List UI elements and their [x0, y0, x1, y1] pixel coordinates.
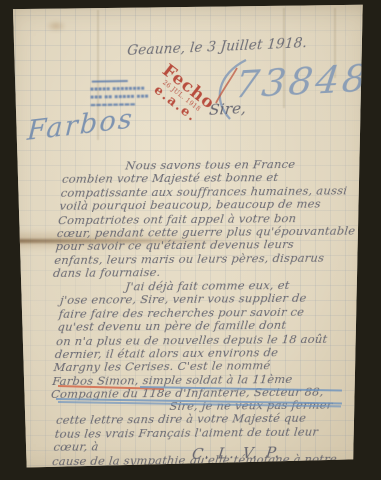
letter-paper: Geaune, le 3 Juillet 1918. ▪▪▪▪▪ ▪▪▪▪▪▪▪…: [0, 0, 381, 480]
scan-background: Geaune, le 3 Juillet 1918. ▪▪▪▪▪ ▪▪▪▪▪▪▪…: [0, 0, 381, 480]
paper-edge-vignette: [0, 0, 381, 480]
